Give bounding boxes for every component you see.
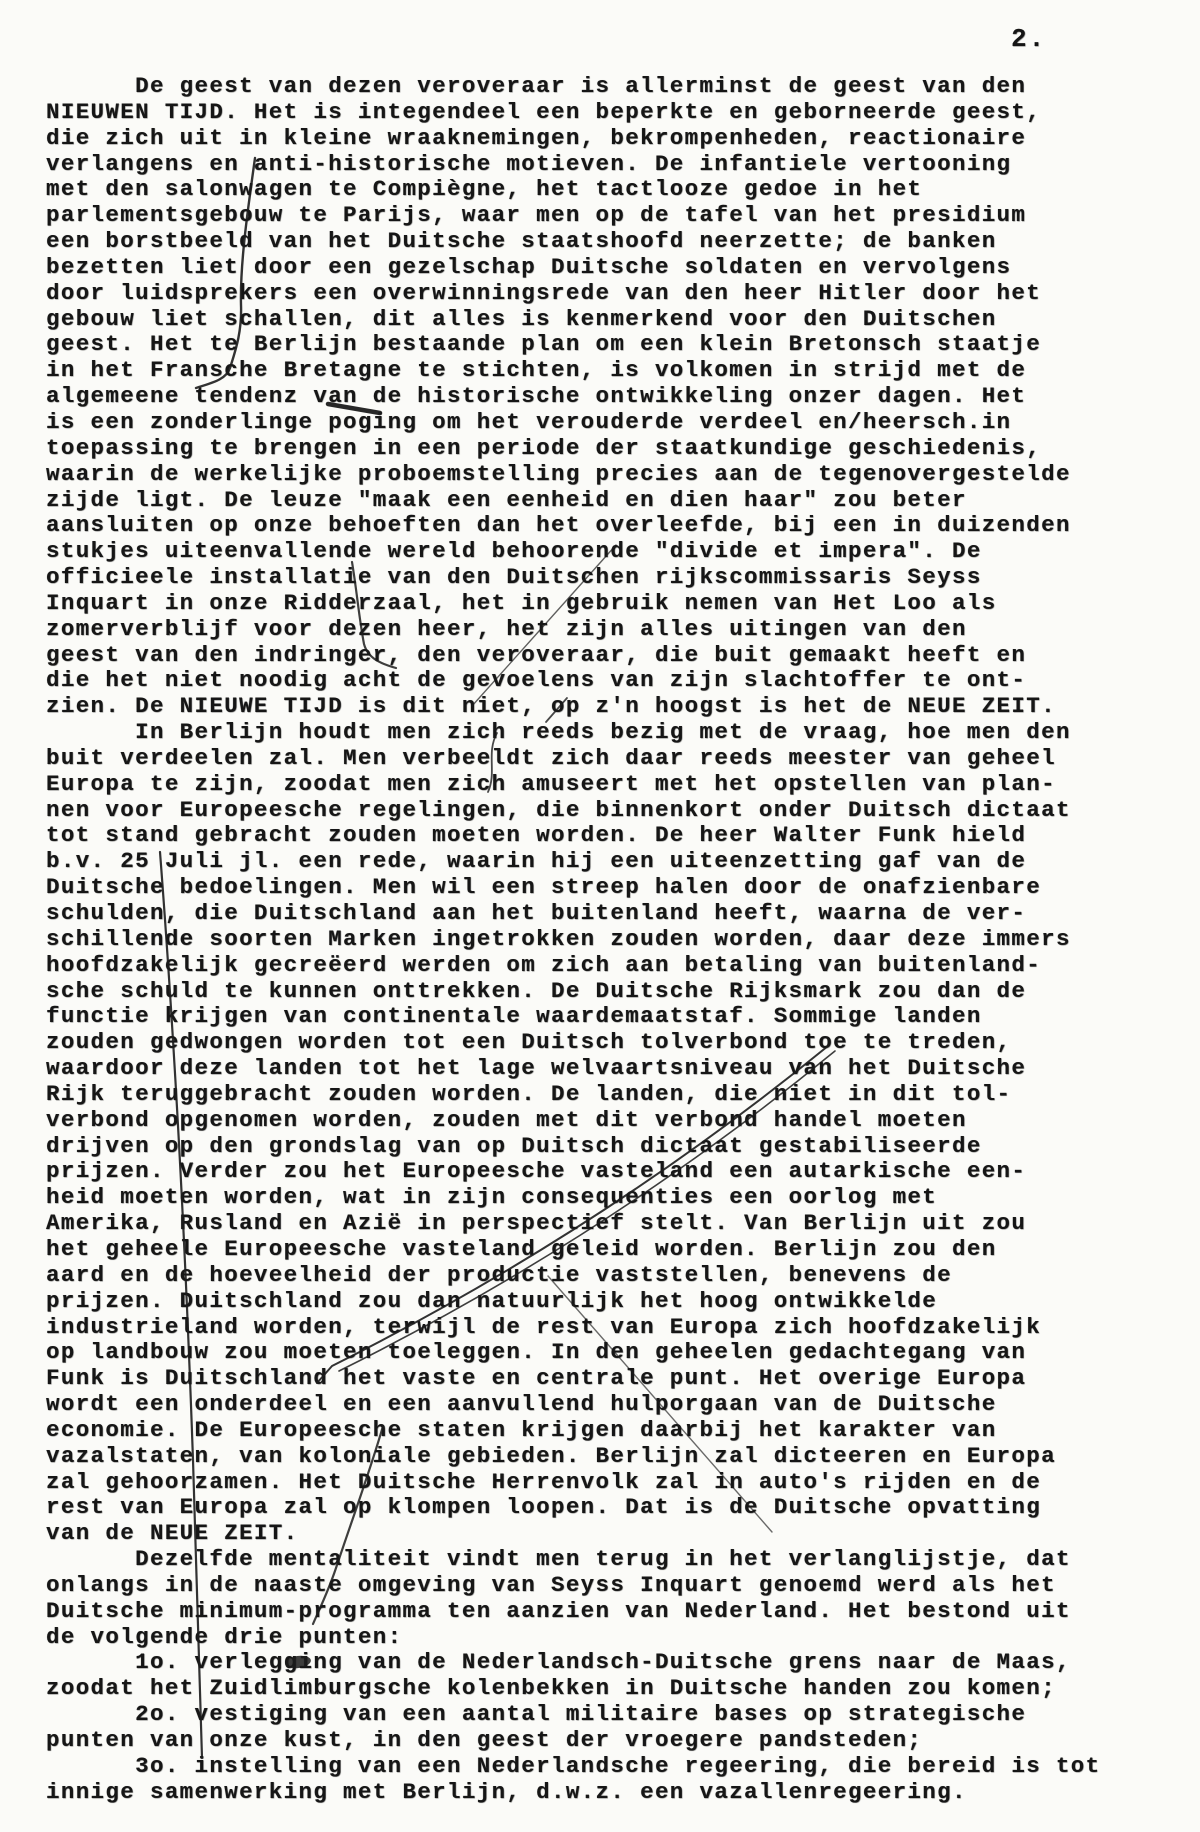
text-line: 1o. verlegging van de Nederlandsch-Duits… xyxy=(46,1650,1101,1676)
text-line: Dezelfde mentaliteit vindt men terug in … xyxy=(46,1547,1101,1573)
text-line: hoofdzakelijk gecreëerd werden om zich a… xyxy=(46,953,1101,979)
document-text: De geest van dezen veroveraar is allermi… xyxy=(46,74,1101,1806)
text-line: een borstbeeld van het Duitsche staatsho… xyxy=(46,229,1101,255)
text-line: die zich uit in kleine wraaknemingen, be… xyxy=(46,126,1101,152)
text-line: zomerverblijf voor dezen heer, het zijn … xyxy=(46,617,1101,643)
text-line: tot stand gebracht zouden moeten worden.… xyxy=(46,823,1101,849)
text-line: toepassing te brengen in een periode der… xyxy=(46,436,1101,462)
text-line: de volgende drie punten: xyxy=(46,1625,1101,1651)
text-line: het geheele Europeesche vasteland geleid… xyxy=(46,1237,1101,1263)
text-line: prijzen. Duitschland zou dan natuurlijk … xyxy=(46,1289,1101,1315)
text-line: vazalstaten, van koloniale gebieden. Ber… xyxy=(46,1444,1101,1470)
text-line: Europa te zijn, zoodat men zich amuseert… xyxy=(46,772,1101,798)
text-line: aansluiten op onze behoeften dan het ove… xyxy=(46,513,1101,539)
text-line: heid moeten worden, wat in zijn conseque… xyxy=(46,1185,1101,1211)
text-line: gebouw liet schallen, dit alles is kenme… xyxy=(46,307,1101,333)
text-line: Funk is Duitschland het vaste en central… xyxy=(46,1366,1101,1392)
text-line: zouden gedwongen worden tot een Duitsch … xyxy=(46,1030,1101,1056)
text-line: verbond opgenomen worden, zouden met dit… xyxy=(46,1108,1101,1134)
text-line: sche schuld te kunnen onttrekken. De Dui… xyxy=(46,979,1101,1005)
text-line: zal gehoorzamen. Het Duitsche Herrenvolk… xyxy=(46,1470,1101,1496)
text-line: bezetten liet door een gezelschap Duitsc… xyxy=(46,255,1101,281)
text-line: Duitsche bedoelingen. Men wil een streep… xyxy=(46,875,1101,901)
text-line: in het Fransche Bretagne te stichten, is… xyxy=(46,358,1101,384)
page-number: 2. xyxy=(1011,24,1046,54)
text-line: b.v. 25 Juli jl. een rede, waarin hij ee… xyxy=(46,849,1101,875)
text-line: geest van den indringer, den veroveraar,… xyxy=(46,643,1101,669)
text-line: onlangs in de naaste omgeving van Seyss … xyxy=(46,1573,1101,1599)
text-line: schulden, die Duitschland aan het buiten… xyxy=(46,901,1101,927)
text-line: buit verdeelen zal. Men verbeeldt zich d… xyxy=(46,746,1101,772)
text-line: economie. De Europeesche staten krijgen … xyxy=(46,1418,1101,1444)
text-line: 3o. instelling van een Nederlandsche reg… xyxy=(46,1754,1101,1780)
text-line: aard en de hoeveelheid der productie vas… xyxy=(46,1263,1101,1289)
text-line: is een zonderlinge poging om het veroude… xyxy=(46,410,1101,436)
text-line: door luidsprekers een overwinningsrede v… xyxy=(46,281,1101,307)
text-line: geest. Het te Berlijn bestaande plan om … xyxy=(46,332,1101,358)
text-line: In Berlijn houdt men zich reeds bezig me… xyxy=(46,720,1101,746)
text-line: algemeene tendenz van de historische ont… xyxy=(46,384,1101,410)
text-line: zoodat het Zuidlimburgsche kolenbekken i… xyxy=(46,1676,1101,1702)
text-line: Rijk teruggebracht zouden worden. De lan… xyxy=(46,1082,1101,1108)
text-line: parlementsgebouw te Parijs, waar men op … xyxy=(46,203,1101,229)
text-line: die het niet noodig acht de gevoelens va… xyxy=(46,668,1101,694)
text-line: zijde ligt. De leuze "maak een eenheid e… xyxy=(46,488,1101,514)
text-line: verlangens en anti-historische motieven.… xyxy=(46,152,1101,178)
text-line: functie krijgen van continentale waardem… xyxy=(46,1004,1101,1030)
text-line: op landbouw zou moeten toeleggen. In den… xyxy=(46,1340,1101,1366)
text-line: schillende soorten Marken ingetrokken zo… xyxy=(46,927,1101,953)
text-line: wordt een onderdeel en een aanvullend hu… xyxy=(46,1392,1101,1418)
text-line: Inquart in onze Ridderzaal, het in gebru… xyxy=(46,591,1101,617)
text-line: Amerika, Rusland en Azië in perspectief … xyxy=(46,1211,1101,1237)
text-line: De geest van dezen veroveraar is allermi… xyxy=(46,74,1101,100)
text-line: waardoor deze landen tot het lage welvaa… xyxy=(46,1056,1101,1082)
text-line: prijzen. Verder zou het Europeesche vast… xyxy=(46,1159,1101,1185)
scanned-document-page: 2. De geest van dezen veroveraar is alle… xyxy=(0,0,1200,1832)
text-line: nen voor Europeesche regelingen, die bin… xyxy=(46,798,1101,824)
text-line: Duitsche minimum-programma ten aanzien v… xyxy=(46,1599,1101,1625)
text-line: industrieland worden, terwijl de rest va… xyxy=(46,1315,1101,1341)
text-line: officieele installatie van den Duitschen… xyxy=(46,565,1101,591)
text-line: waarin de werkelijke proboemstelling pre… xyxy=(46,462,1101,488)
text-line: met den salonwagen te Compiègne, het tac… xyxy=(46,177,1101,203)
text-line: NIEUWEN TIJD. Het is integendeel een bep… xyxy=(46,100,1101,126)
text-line: rest van Europa zal op klompen loopen. D… xyxy=(46,1495,1101,1521)
text-line: 2o. vestiging van een aantal militaire b… xyxy=(46,1702,1101,1728)
text-line: punten van onze kust, in den geest der v… xyxy=(46,1728,1101,1754)
text-line: innige samenwerking met Berlijn, d.w.z. … xyxy=(46,1780,1101,1806)
text-line: van de NEUE ZEIT. xyxy=(46,1521,1101,1547)
text-line: drijven op den grondslag van op Duitsch … xyxy=(46,1134,1101,1160)
text-line: stukjes uiteenvallende wereld behoorende… xyxy=(46,539,1101,565)
text-line: zien. De NIEUWE TIJD is dit niet, op z'n… xyxy=(46,694,1101,720)
